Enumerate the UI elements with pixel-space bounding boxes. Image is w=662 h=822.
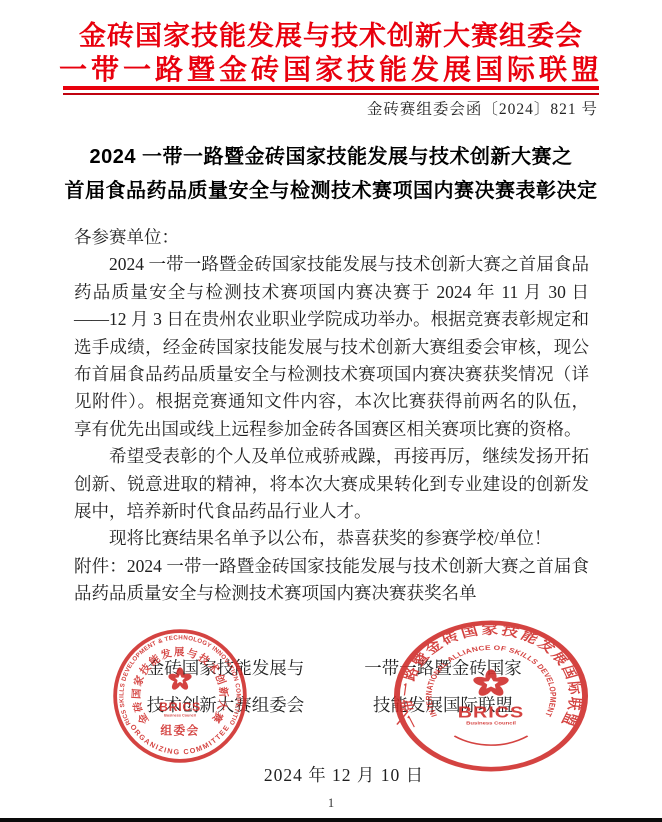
left-seal-center-label: 组委会 <box>160 724 199 738</box>
right-seal-logo-text: BRICS <box>458 704 525 721</box>
page-number: 1 <box>0 796 662 811</box>
letterhead-org-line2: 一带一路暨金砖国家技能发展国际联盟 <box>0 53 662 86</box>
letterhead-rule-thin <box>63 93 599 95</box>
document-number: 金砖赛组委会函〔2024〕821 号 <box>367 97 598 119</box>
screenshot-bottom-edge <box>0 818 662 822</box>
left-seal-logo-subtext: Business Council <box>164 714 196 718</box>
document-body: 各参赛单位： 2024 一带一路暨金砖国家技能发展与技术创新大赛之首届食品药品质… <box>74 224 589 608</box>
right-seal-logo-subtext: Business Council <box>466 721 516 726</box>
document-title-line2: 首届食品药品质量安全与检测技术赛项国内赛决赛表彰决定 <box>0 174 662 208</box>
organizing-committee-seal-icon: BRICS SKILLS DEVELOPMENT & TECHNOLOGY IN… <box>111 627 249 765</box>
letterhead: 金砖国家技能发展与技术创新大赛组委会 一带一路暨金砖国家技能发展国际联盟 <box>0 20 662 86</box>
brics-star-icon <box>167 667 192 691</box>
international-alliance-seal-icon: 一带一路暨金砖国家技能发展国际联盟 INTERNATIONAL ALLIANCE… <box>392 619 590 773</box>
left-seal-logo-text: BRICS <box>159 700 201 714</box>
body-paragraph-2: 希望受表彰的个人及单位戒骄戒躁，再接再厉，继续发扬开拓创新、锐意进取的精神，将本… <box>74 443 589 525</box>
letterhead-rule-thick <box>63 86 599 90</box>
document-title-line1: 2024 一带一路暨金砖国家技能发展与技术创新大赛之 <box>0 140 662 174</box>
brics-star-icon <box>472 669 510 697</box>
document-page: 金砖国家技能发展与技术创新大赛组委会 一带一路暨金砖国家技能发展国际联盟 金砖赛… <box>0 0 662 822</box>
salutation: 各参赛单位： <box>74 224 589 251</box>
attachment-line: 附件：2024 一带一路暨金砖国家技能发展与技术创新大赛之首届食品药品质量安全与… <box>74 553 589 608</box>
body-paragraph-3: 现将比赛结果名单予以公布，恭喜获奖的参赛学校/单位！ <box>74 525 589 552</box>
right-seal-inner-arc <box>454 736 527 745</box>
body-paragraph-1: 2024 一带一路暨金砖国家技能发展与技术创新大赛之首届食品药品质量安全与检测技… <box>74 251 589 443</box>
document-title: 2024 一带一路暨金砖国家技能发展与技术创新大赛之 首届食品药品质量安全与检测… <box>0 140 662 208</box>
letterhead-org-line1: 金砖国家技能发展与技术创新大赛组委会 <box>0 20 662 53</box>
